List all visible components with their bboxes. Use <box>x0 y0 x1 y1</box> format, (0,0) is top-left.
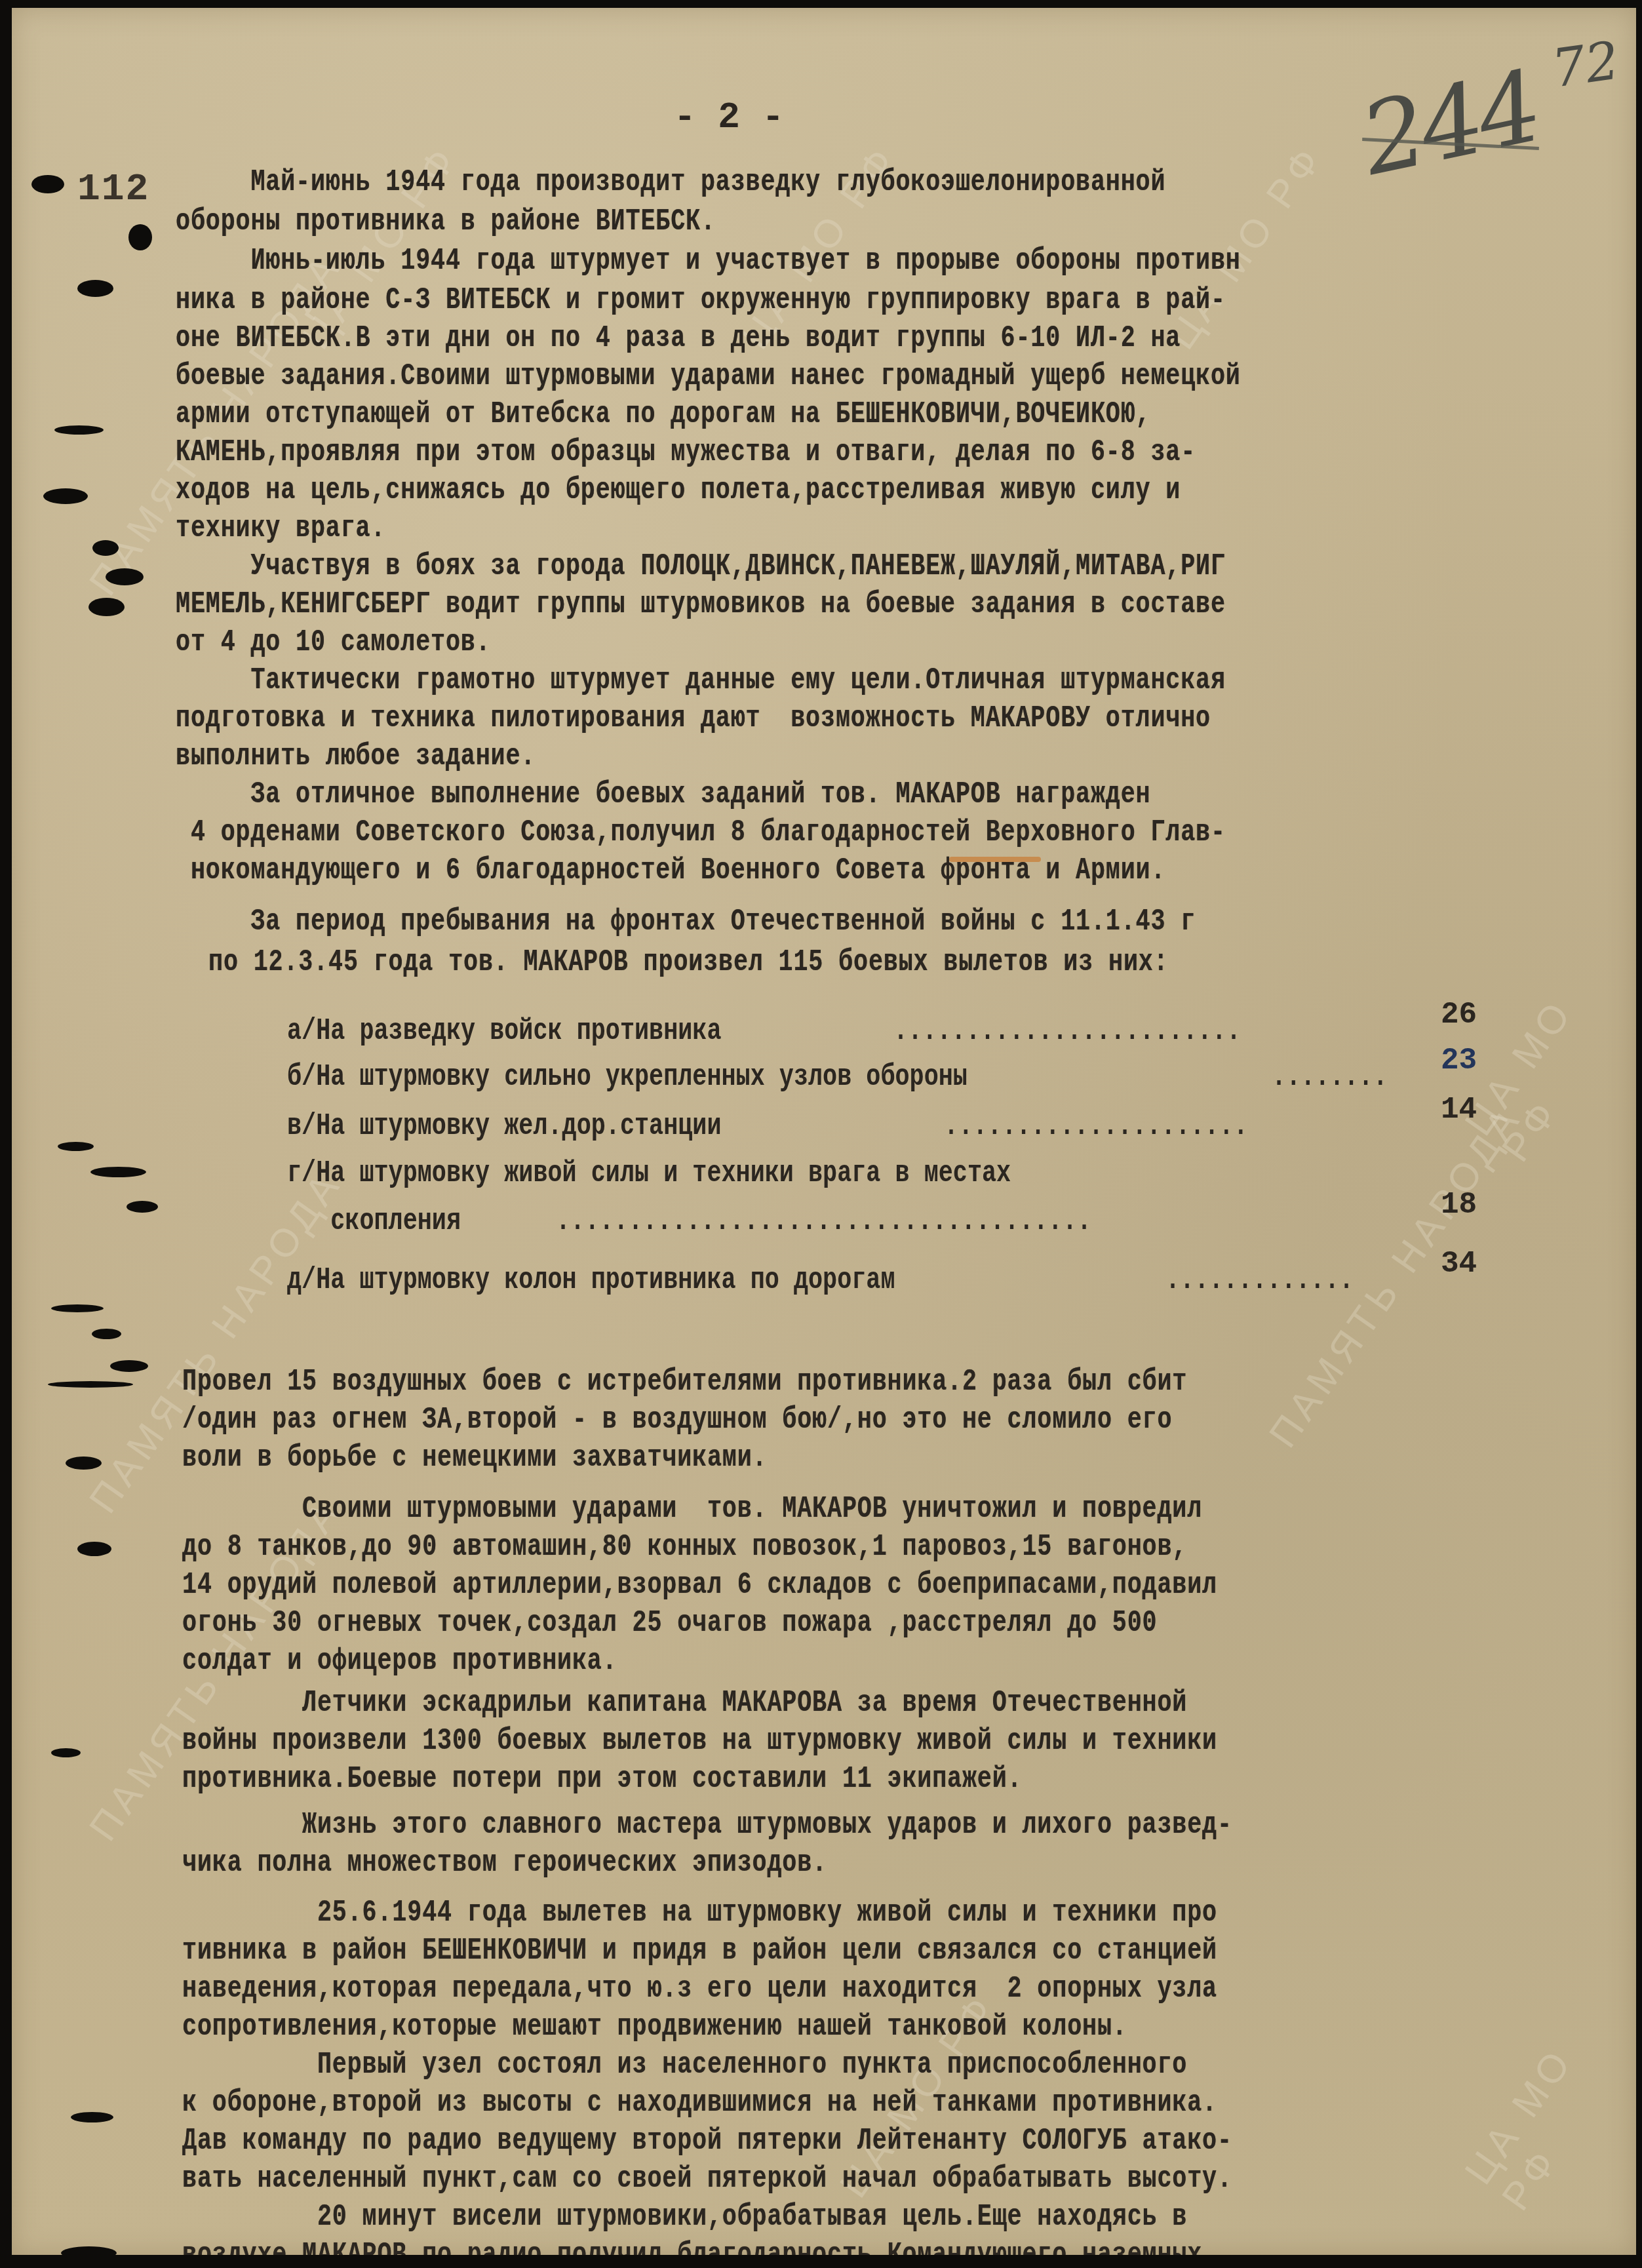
text-line: тивника в район БЕШЕНКОВИЧИ и придя в ра… <box>182 1934 1217 1968</box>
text-line: 4 орденами Советского Союза,получил 8 бл… <box>176 815 1226 850</box>
punch-hole <box>90 1167 146 1177</box>
punch-hole <box>31 175 64 193</box>
text-line: подготовка и техника пилотирования дают … <box>176 701 1211 735</box>
punch-hole <box>51 1748 81 1757</box>
text-line: Май-июнь 1944 года производит разведку г… <box>176 165 1165 199</box>
text-line: войны произвели 1300 боевых вылетов на ш… <box>182 1724 1217 1758</box>
text-line: огонь 30 огневых точек,создал 25 очагов … <box>182 1606 1157 1640</box>
sortie-label: а/На разведку войск противника <box>287 1014 722 1048</box>
sortie-count: 18 <box>1441 1188 1477 1222</box>
punch-hole <box>58 1142 94 1151</box>
punch-hole <box>77 1542 111 1556</box>
text-line: чика полна множеством героических эпизод… <box>182 1846 827 1880</box>
punch-hole <box>66 1457 102 1470</box>
punch-hole <box>71 2112 113 2122</box>
text-line: Летчики эскадрильи капитана МАКАРОВА за … <box>182 1686 1187 1720</box>
sortie-count: 14 <box>1441 1093 1477 1127</box>
text-line: к обороне,второй из высоты с находившими… <box>182 2086 1217 2120</box>
text-line: Дав команду по радио ведущему второй пят… <box>182 2124 1232 2158</box>
punch-hole <box>77 280 113 297</box>
punch-hole <box>106 568 144 585</box>
document-page: ЦА МО РФ ЦА МО РФ ЦА МО РФ ПАМЯТЬ НАРОДА… <box>12 8 1636 2256</box>
text-line: За период пребывания на фронтах Отечеств… <box>176 905 1196 939</box>
text-line: вать населенный пункт,сам со своей пятер… <box>182 2162 1232 2196</box>
text-line: обороны противника в районе ВИТЕБСК. <box>176 205 716 239</box>
text-line: противника.Боевые потери при этом состав… <box>182 1762 1022 1796</box>
leader-dots: ..................................... <box>556 1204 1091 1238</box>
sortie-label: в/На штурмовку жел.дор.станции <box>287 1109 722 1143</box>
text-line: технику врага. <box>176 511 385 545</box>
text-line: армии отступающей от Витебска по дорогам… <box>176 397 1150 431</box>
punch-hole <box>92 1329 121 1339</box>
text-line: Своими штурмовыми ударами тов. МАКАРОВ у… <box>182 1492 1202 1526</box>
punch-hole <box>48 1381 133 1388</box>
text-line: /один раз огнем ЗА,второй - в воздушном … <box>182 1403 1172 1437</box>
text-line: 20 минут висели штурмовики,обрабатывая ц… <box>182 2200 1187 2234</box>
red-pencil-underline <box>949 857 1041 862</box>
text-line: до 8 танков,до 90 автомашин,80 конных по… <box>182 1530 1187 1564</box>
text-line: ходов на цель,снижаясь до бреющего полет… <box>176 473 1181 507</box>
punch-hole <box>92 540 119 556</box>
text-line: 14 орудий полевой артиллерии,взорвал 6 с… <box>182 1568 1217 1602</box>
leader-dots: ..................... <box>929 1109 1248 1143</box>
punch-hole <box>43 488 88 504</box>
text-line: боевые задания.Своими штурмовыми ударами… <box>176 359 1241 393</box>
text-line: воли в борьбе с немецкими захватчиками. <box>182 1441 767 1475</box>
text-line: Провел 15 воздушных боев с истребителями… <box>182 1365 1187 1399</box>
punch-hole <box>88 598 125 616</box>
text-line: наведения,которая передала,что ю.з его ц… <box>182 1972 1217 2006</box>
text-line: солдат и офицеров противника. <box>182 1644 617 1678</box>
sortie-count: 23 <box>1441 1044 1477 1078</box>
watermark: ЦА МО РФ <box>1456 2018 1634 2219</box>
punch-hole <box>54 425 104 435</box>
text-line: 25.6.1944 года вылетев на штурмовку живо… <box>182 1896 1217 1930</box>
leader-dots: ............. <box>1165 1263 1354 1297</box>
text-line: выполнить любое задание. <box>176 739 536 773</box>
text-line: Участвуя в боях за города ПОЛОЦК,ДВИНСК,… <box>176 549 1226 583</box>
leader-dots: ........................ <box>893 1014 1241 1048</box>
punch-hole <box>127 1201 158 1213</box>
leader-dots: ........ <box>1257 1060 1388 1094</box>
handwritten-folio-number: 244 <box>1352 50 1548 198</box>
text-line: сопротивления,которые мешают продвижению… <box>182 2010 1127 2044</box>
punch-hole <box>128 224 152 250</box>
sortie-label: скопления <box>287 1204 461 1238</box>
sortie-label: г/На штурмовку живой силы и техники враг… <box>287 1156 1011 1190</box>
page-number: - 2 - <box>674 96 784 138</box>
margin-folio-number: 112 <box>77 168 149 211</box>
handwritten-superscript-number: 72 <box>1548 29 1623 99</box>
sortie-count: 34 <box>1441 1247 1477 1281</box>
text-line: КАМЕНЬ,проявляя при этом образцы мужеств… <box>176 435 1196 469</box>
text-line: Тактически грамотно штурмует данные ему … <box>176 663 1226 697</box>
scan-border <box>0 2255 1642 2268</box>
text-line: Первый узел состоял из населенного пункт… <box>182 2048 1187 2082</box>
text-line: За отличное выполнение боевых заданий то… <box>176 777 1150 811</box>
text-line: оне ВИТЕБСК.В эти дни он по 4 раза в ден… <box>176 321 1181 355</box>
text-line: ника в районе С-З ВИТЕБСК и громит окруж… <box>176 283 1226 317</box>
sortie-label: д/На штурмовку колон противника по дорог… <box>287 1263 895 1297</box>
punch-hole <box>51 1304 104 1312</box>
text-line: Июнь-июль 1944 года штурмует и участвует… <box>176 244 1241 278</box>
sortie-label: б/На штурмовку сильно укрепленных узлов … <box>287 1060 968 1094</box>
sortie-count: 26 <box>1441 998 1477 1032</box>
text-line: Жизнь этого славного мастера штурмовых у… <box>182 1808 1232 1842</box>
text-line: МЕМЕЛЬ,КЕНИГСБЕРГ водит группы штурмовик… <box>176 587 1226 621</box>
text-line: по 12.3.45 года тов. МАКАРОВ произвел 11… <box>208 945 1169 979</box>
punch-hole <box>110 1360 148 1372</box>
text-line: от 4 до 10 самолетов. <box>176 625 491 659</box>
